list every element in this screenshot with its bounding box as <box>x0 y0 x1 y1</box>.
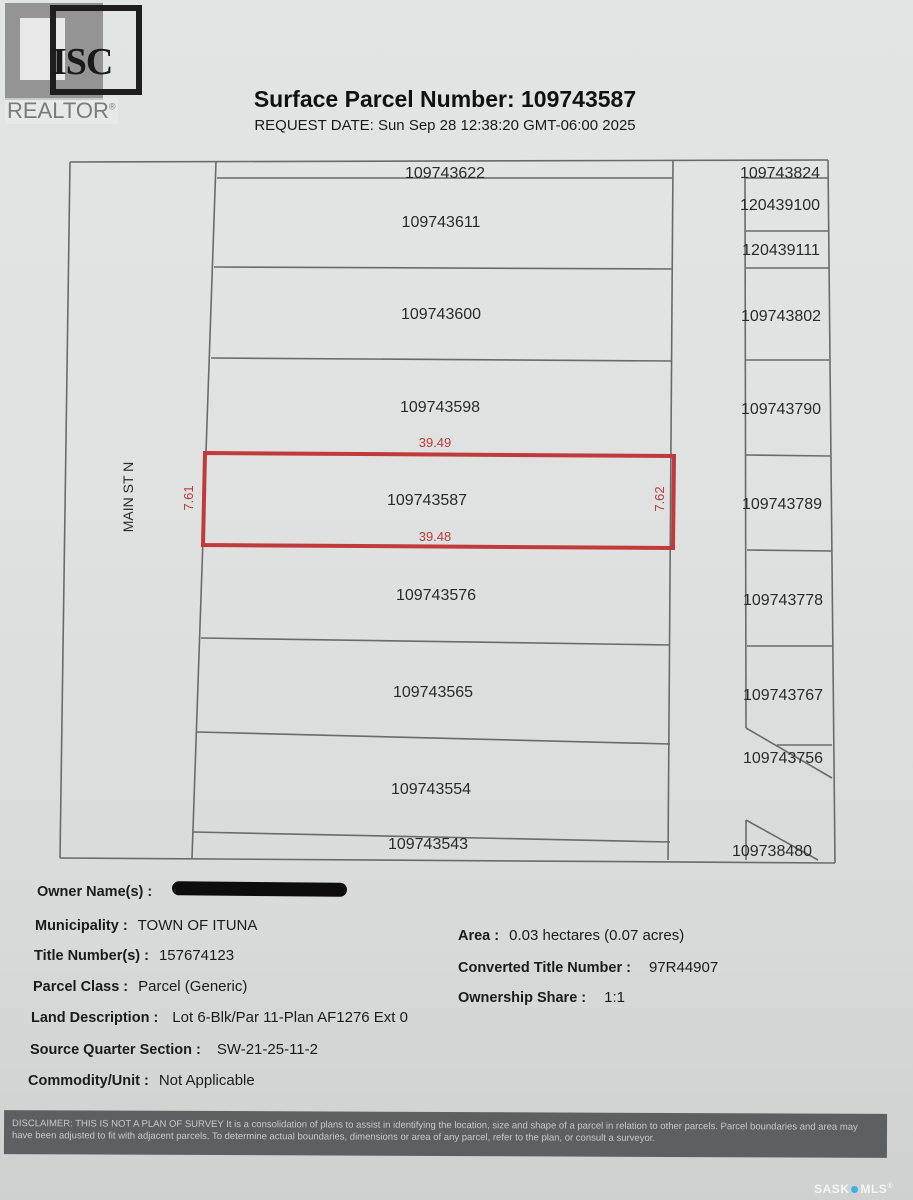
source-quarter-field: Source Quarter Section :SW-21-25-11-2 <box>30 1041 318 1058</box>
parcel-label[interactable]: 120439100 <box>740 197 820 214</box>
parcel-label[interactable]: 109743622 <box>405 165 485 182</box>
area-value: 0.03 hectares (0.07 acres) <box>509 927 684 944</box>
map-lines <box>60 160 835 863</box>
commodity-field: Commodity/Unit :Not Applicable <box>28 1072 255 1089</box>
disclaimer-banner: DISCLAIMER: THIS IS NOT A PLAN OF SURVEY… <box>4 1110 887 1158</box>
converted-title-field: Converted Title Number :97R44907 <box>458 959 718 976</box>
dimension-top: 39.49 <box>419 435 452 450</box>
watermark-registered: ® <box>887 1183 893 1190</box>
converted-title-value: 97R44907 <box>649 959 718 976</box>
parcel-label[interactable]: 109743554 <box>391 781 471 798</box>
parcel-class-field: Parcel Class :Parcel (Generic) <box>33 978 247 995</box>
source-quarter-value: SW-21-25-11-2 <box>217 1041 318 1058</box>
parcel-label[interactable]: 109743789 <box>742 496 822 513</box>
street-label: MAIN ST N <box>120 462 136 533</box>
parcel-label[interactable]: 109743824 <box>740 165 820 182</box>
dimension-left: 7.61 <box>181 485 196 510</box>
title-number-value: 157674123 <box>159 947 234 964</box>
sask-mls-watermark: SASKMLS® <box>814 1182 893 1196</box>
parcel-class-value: Parcel (Generic) <box>138 978 247 995</box>
parcel-label[interactable]: 109743790 <box>741 401 821 418</box>
municipality-value: TOWN OF ITUNA <box>138 917 258 934</box>
parcel-class-label: Parcel Class : <box>33 979 128 995</box>
municipality-field: Municipality :TOWN OF ITUNA <box>35 917 257 934</box>
ownership-share-label: Ownership Share : <box>458 990 586 1006</box>
parcel-label[interactable]: 109743598 <box>400 399 480 416</box>
owner-redaction <box>172 881 347 897</box>
source-quarter-label: Source Quarter Section : <box>30 1042 201 1058</box>
parcel-label[interactable]: 109743543 <box>388 836 468 853</box>
municipality-label: Municipality : <box>35 918 128 934</box>
parcel-label[interactable]: 109743600 <box>401 306 481 323</box>
area-label: Area : <box>458 928 499 944</box>
title-number-label: Title Number(s) : <box>34 948 149 964</box>
parcel-map: MAIN ST N 39.49 39.48 7.61 7.62 10974362… <box>0 0 913 880</box>
watermark-left: SASK <box>814 1182 849 1196</box>
land-description-label: Land Description : <box>31 1010 158 1026</box>
parcel-label[interactable]: 109743778 <box>743 592 823 609</box>
dimension-right: 7.62 <box>652 486 667 511</box>
converted-title-label: Converted Title Number : <box>458 960 631 976</box>
commodity-label: Commodity/Unit : <box>28 1073 149 1089</box>
parcel-label[interactable]: 109743756 <box>743 750 823 767</box>
title-number-field: Title Number(s) :157674123 <box>34 947 234 964</box>
parcel-label[interactable]: 109738480 <box>732 843 812 860</box>
parcel-label[interactable]: 109743767 <box>743 687 823 704</box>
land-description-field: Land Description :Lot 6-Blk/Par 11-Plan … <box>31 1009 408 1026</box>
watermark-dot-icon <box>851 1186 858 1193</box>
parcel-label[interactable]: 109743565 <box>393 684 473 701</box>
owner-field: Owner Name(s) : <box>37 883 152 900</box>
parcel-label[interactable]: 109743802 <box>741 308 821 325</box>
land-description-value: Lot 6-Blk/Par 11-Plan AF1276 Ext 0 <box>172 1009 408 1026</box>
parcel-label[interactable]: 120439111 <box>742 242 820 259</box>
parcel-label[interactable]: 109743576 <box>396 587 476 604</box>
ownership-share-field: Ownership Share :1:1 <box>458 989 625 1006</box>
commodity-value: Not Applicable <box>159 1072 255 1089</box>
area-field: Area :0.03 hectares (0.07 acres) <box>458 927 684 944</box>
parcel-label[interactable]: 109743611 <box>402 214 481 231</box>
subject-parcel-label[interactable]: 109743587 <box>387 492 467 509</box>
watermark-right: MLS <box>860 1182 887 1196</box>
ownership-share-value: 1:1 <box>604 989 625 1006</box>
dimension-bottom: 39.48 <box>419 529 452 544</box>
owner-label: Owner Name(s) : <box>37 884 152 900</box>
